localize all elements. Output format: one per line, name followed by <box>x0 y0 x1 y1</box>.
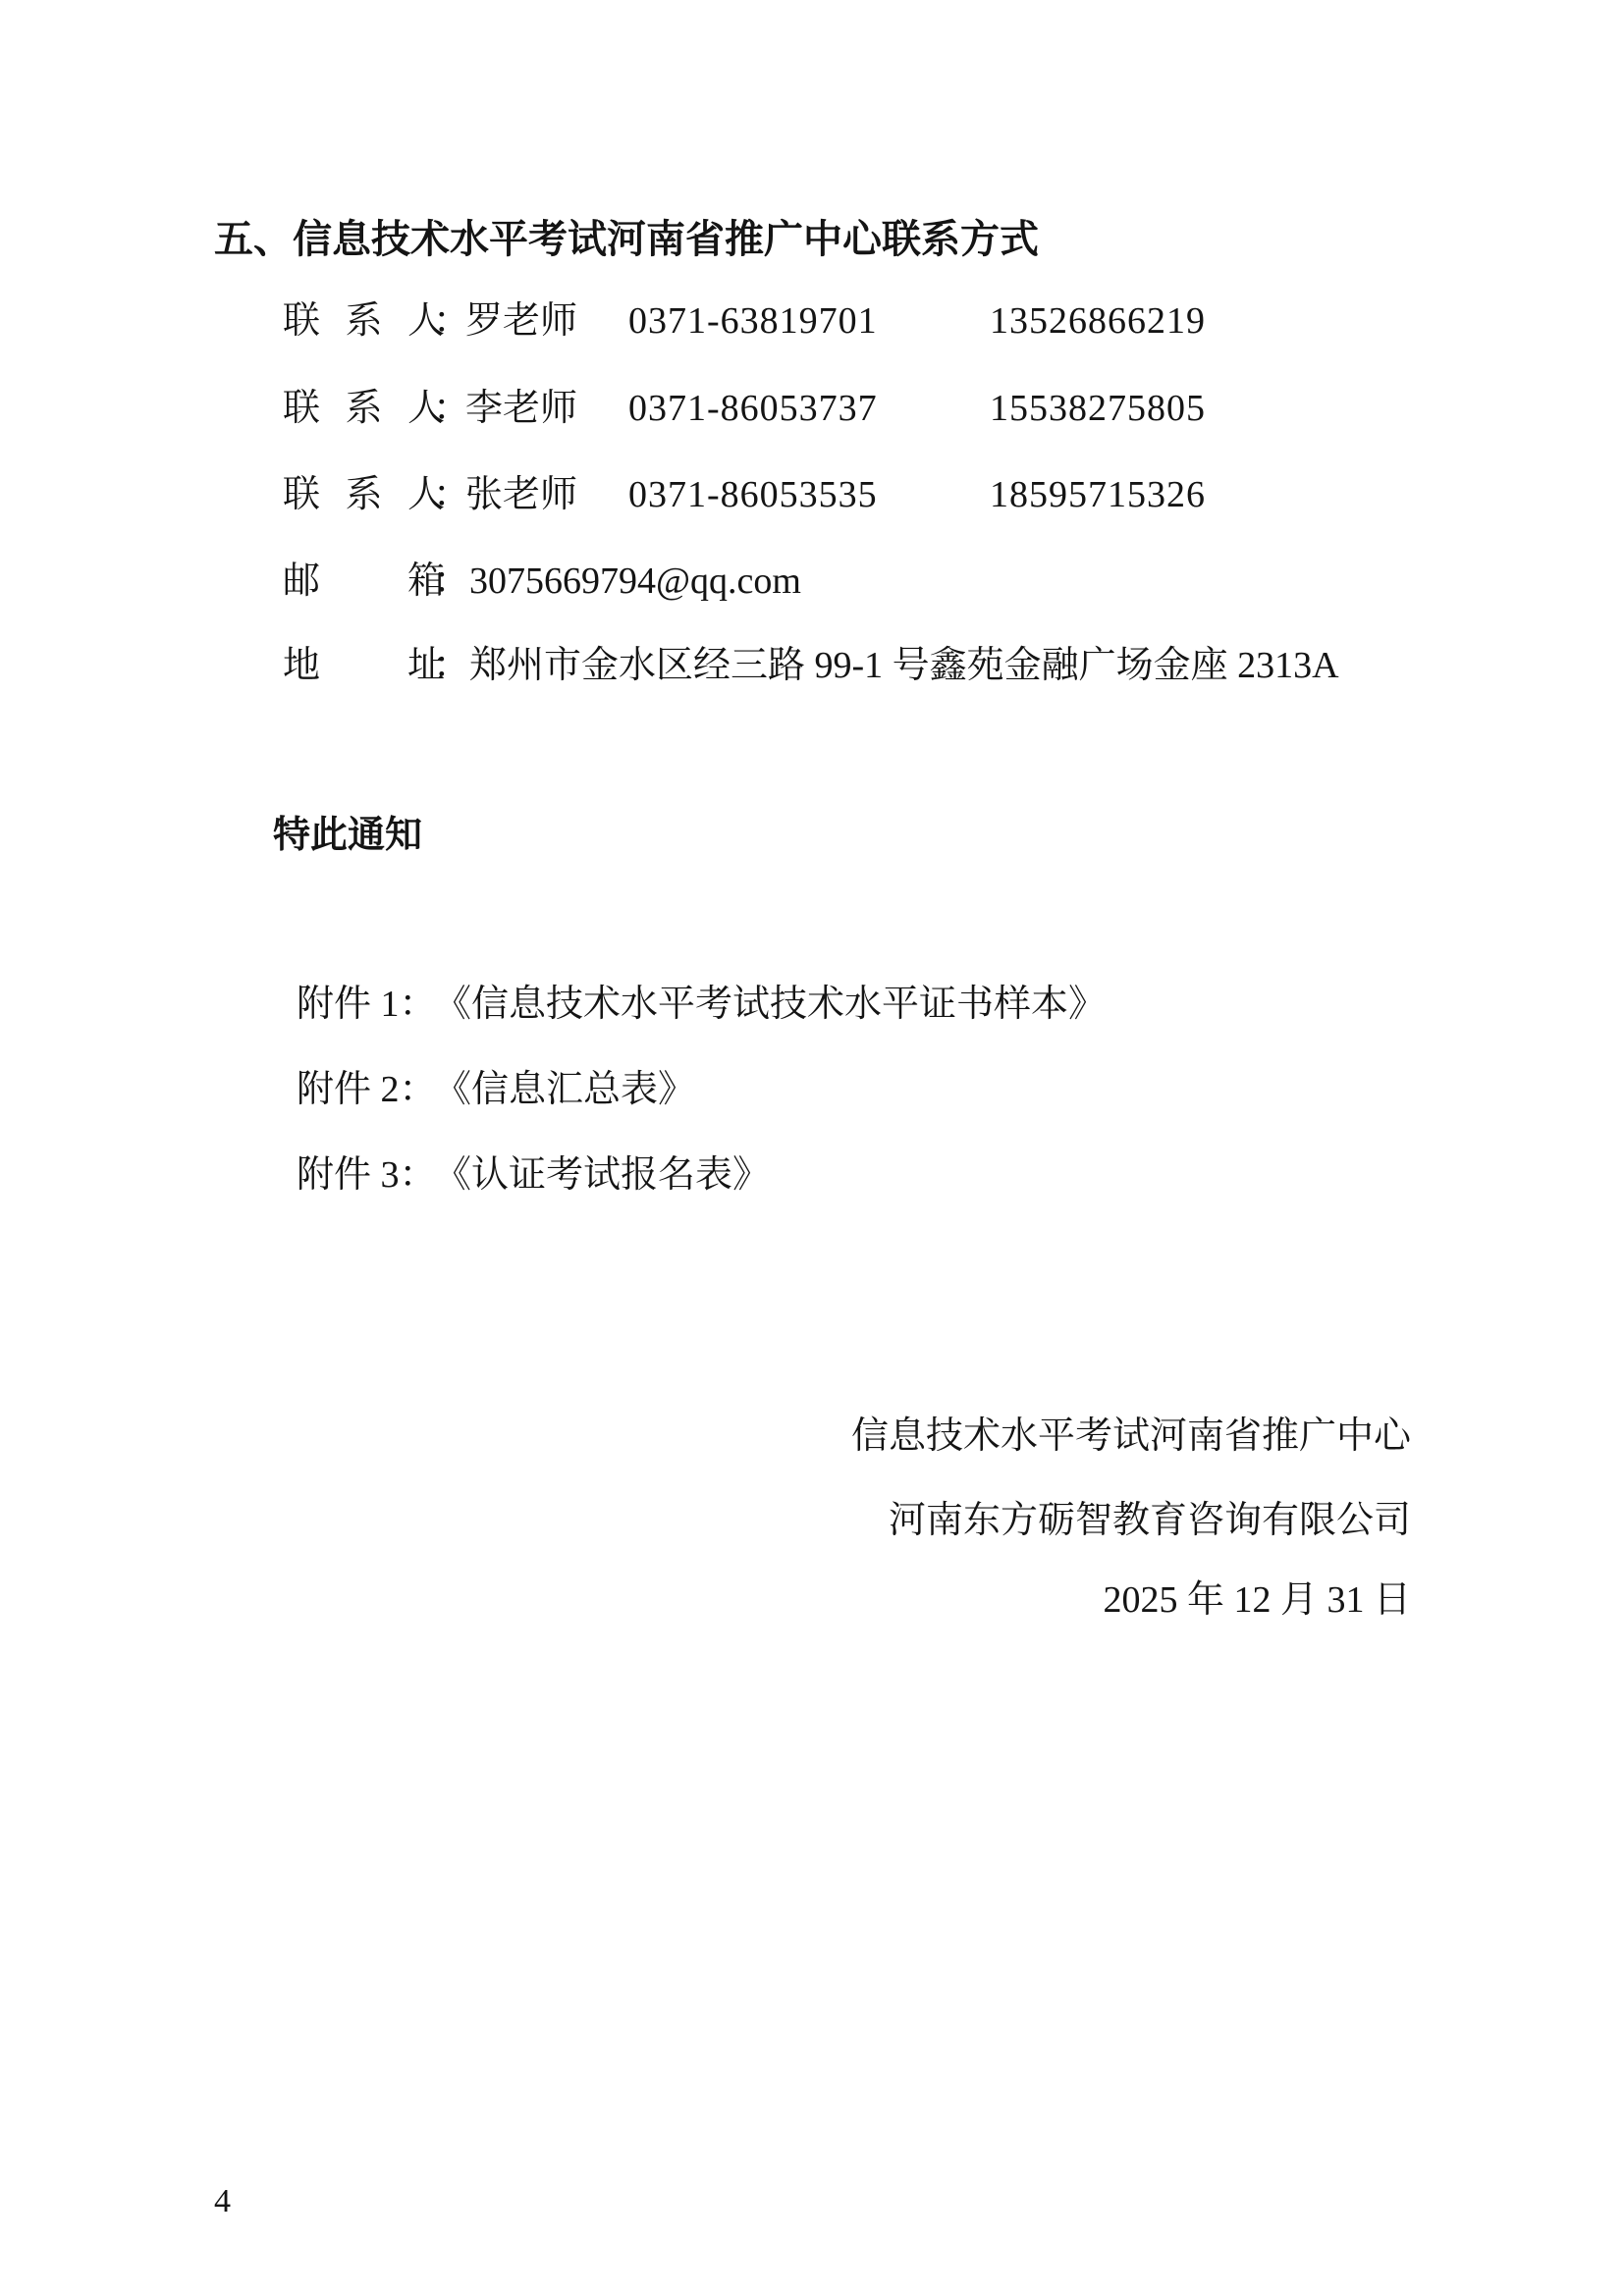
contact-name: 罗老师 <box>465 301 577 343</box>
contact-label: 联 系 人 <box>283 475 445 516</box>
email-row: 邮 箱 ： 3075669794@qq.com <box>0 561 1624 609</box>
contact-label-char: 联 <box>283 475 320 516</box>
attachment-row: 附件 3： 《认证考试报名表》 <box>0 1155 1624 1202</box>
contact-phone: 0371-86053535 <box>628 475 878 516</box>
label-colon: ： <box>433 646 470 687</box>
label-colon: ： <box>433 561 470 603</box>
contact-row: 联 系 人 ： 罗老师 0371-63819701 13526866219 <box>0 301 1624 348</box>
attachment-title: 《信息技术水平考试技术水平证书样本》 <box>434 985 1106 1026</box>
contact-mobile: 18595715326 <box>990 475 1206 516</box>
address-label-char: 地 <box>283 646 320 687</box>
contact-row: 联 系 人 ： 张老师 0371-86053535 18595715326 <box>0 475 1624 522</box>
contact-label-char: 系 <box>345 389 382 430</box>
contact-label-char: 联 <box>283 389 320 430</box>
signature-org-line2: 河南东方砺智教育咨询有限公司 <box>889 1501 1411 1542</box>
contact-mobile: 13526866219 <box>990 301 1206 343</box>
attachment-label: 附件 1： <box>297 985 437 1026</box>
contact-label: 联 系 人 <box>283 389 445 430</box>
attachment-row: 附件 1： 《信息技术水平考试技术水平证书样本》 <box>0 985 1624 1032</box>
attachment-title: 《信息汇总表》 <box>434 1070 695 1111</box>
contact-phone: 0371-86053737 <box>628 389 878 430</box>
attachment-label: 附件 3： <box>297 1155 437 1197</box>
contact-phone: 0371-63819701 <box>628 301 878 343</box>
attachment-row: 附件 2： 《信息汇总表》 <box>0 1070 1624 1117</box>
contact-label-char: 系 <box>345 475 382 516</box>
section-heading: 五、信息技术水平考试河南省推广中心联系方式 <box>214 218 1039 261</box>
email-label-char: 邮 <box>283 561 320 603</box>
email-label: 邮 箱 <box>283 561 445 603</box>
contact-name: 李老师 <box>465 389 577 430</box>
attachment-title: 《认证考试报名表》 <box>434 1155 770 1197</box>
attachment-label: 附件 2： <box>297 1070 437 1111</box>
address-value: 郑州市金水区经三路 99-1 号鑫苑金融广场金座 2313A <box>469 646 1339 687</box>
contact-label-char: 系 <box>345 301 382 343</box>
email-value: 3075669794@qq.com <box>469 561 801 603</box>
address-label: 地 址 <box>283 646 445 687</box>
contact-name: 张老师 <box>465 475 577 516</box>
page-number: 4 <box>214 2183 231 2219</box>
document-page: 五、信息技术水平考试河南省推广中心联系方式 联 系 人 ： 罗老师 0371-6… <box>0 0 1624 2296</box>
contact-label: 联 系 人 <box>283 301 445 343</box>
contact-label-char: 联 <box>283 301 320 343</box>
notice-text: 特此通知 <box>273 816 422 857</box>
contact-mobile: 15538275805 <box>990 389 1206 430</box>
signature-date: 2025 年 12 月 31 日 <box>1103 1580 1411 1622</box>
contact-row: 联 系 人 ： 李老师 0371-86053737 15538275805 <box>0 389 1624 436</box>
signature-org-line1: 信息技术水平考试河南省推广中心 <box>851 1416 1411 1458</box>
address-row: 地 址 ： 郑州市金水区经三路 99-1 号鑫苑金融广场金座 2313A <box>0 646 1624 693</box>
